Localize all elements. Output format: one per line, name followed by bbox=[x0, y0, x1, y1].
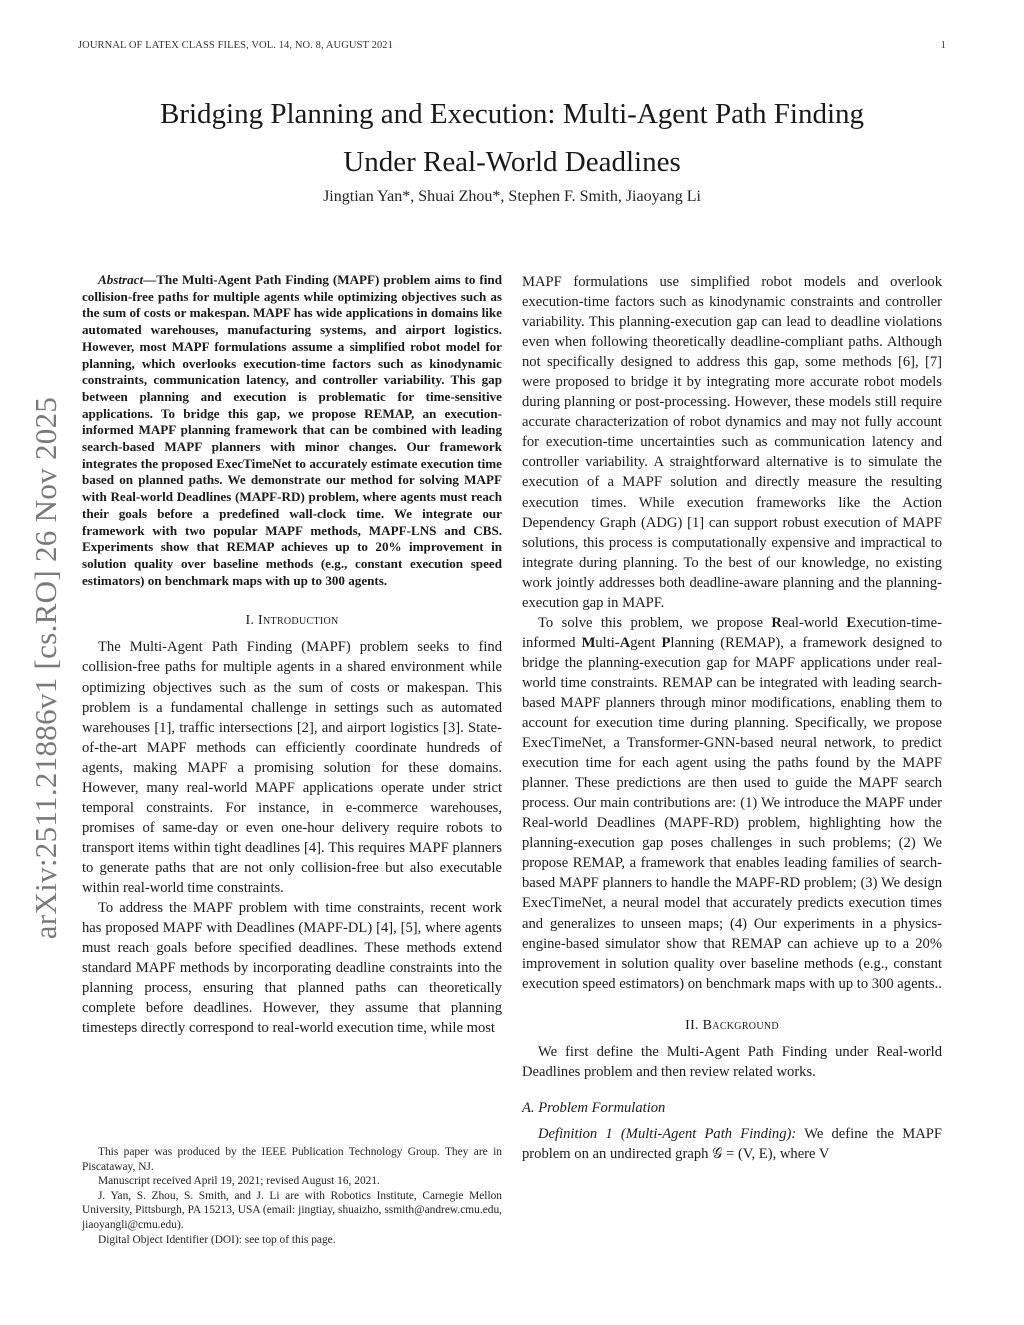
definition-label: Definition 1 (Multi-Agent Path Finding): bbox=[538, 1126, 796, 1142]
text-run: lanning (REMAP), a framework designed to… bbox=[522, 635, 942, 992]
footnotes: This paper was produced by the IEEE Publ… bbox=[82, 1145, 502, 1247]
text-run: To solve this problem, we propose bbox=[538, 615, 771, 631]
arxiv-stamp: arXiv:2511.21886v1 [cs.RO] 26 Nov 2025 bbox=[28, 397, 64, 939]
acronym-letter: M bbox=[582, 635, 596, 651]
running-header: JOURNAL OF LATEX CLASS FILES, VOL. 14, N… bbox=[78, 40, 946, 56]
intro-paragraph-3: To solve this problem, we propose Real-w… bbox=[522, 613, 942, 994]
abstract-dash: — bbox=[143, 272, 156, 287]
text-run: gent bbox=[630, 635, 661, 651]
section-number: II. bbox=[685, 1018, 699, 1033]
acronym-letter: R bbox=[771, 615, 782, 631]
section-title: Introduction bbox=[258, 613, 338, 628]
left-column: Abstract—The Multi-Agent Path Finding (M… bbox=[82, 272, 502, 1038]
acronym-letter: A bbox=[620, 635, 631, 651]
section-number: I. bbox=[245, 613, 254, 628]
section-title: Background bbox=[703, 1018, 779, 1033]
intro-paragraph-1: The Multi-Agent Path Finding (MAPF) prob… bbox=[82, 637, 502, 898]
title-line-1: Bridging Planning and Execution: Multi-A… bbox=[100, 90, 924, 138]
abstract-text: The Multi-Agent Path Finding (MAPF) prob… bbox=[82, 272, 502, 588]
author-list: Jingtian Yan*, Shuai Zhou*, Stephen F. S… bbox=[100, 188, 924, 206]
intro-paragraph-2: To address the MAPF problem with time co… bbox=[82, 898, 502, 1038]
title-line-2: Under Real-World Deadlines bbox=[100, 138, 924, 186]
running-head-text: JOURNAL OF LATEX CLASS FILES, VOL. 14, N… bbox=[78, 40, 393, 51]
acronym-letter: E bbox=[846, 615, 856, 631]
footnote-doi: Digital Object Identifier (DOI): see top… bbox=[82, 1233, 502, 1248]
section-heading-introduction: I. Introduction bbox=[82, 611, 502, 631]
abstract: Abstract—The Multi-Agent Path Finding (M… bbox=[82, 272, 502, 589]
footnote-ieee: This paper was produced by the IEEE Publ… bbox=[82, 1145, 502, 1174]
abstract-label: Abstract bbox=[98, 272, 143, 287]
subsection-heading-problem-formulation: A. Problem Formulation bbox=[522, 1098, 942, 1118]
right-column: MAPF formulations use simplified robot m… bbox=[522, 272, 942, 1164]
paper-title: Bridging Planning and Execution: Multi-A… bbox=[100, 90, 924, 186]
text-run: ulti- bbox=[595, 635, 619, 651]
section-heading-background: II. Background bbox=[522, 1016, 942, 1036]
footnote-manuscript: Manuscript received April 19, 2021; revi… bbox=[82, 1174, 502, 1189]
definition-1: Definition 1 (Multi-Agent Path Finding):… bbox=[522, 1124, 942, 1164]
background-paragraph-1: We first define the Multi-Agent Path Fin… bbox=[522, 1042, 942, 1082]
intro-paragraph-2-continued: MAPF formulations use simplified robot m… bbox=[522, 272, 942, 613]
text-run: eal-world bbox=[782, 615, 846, 631]
page-number: 1 bbox=[941, 40, 946, 51]
footnote-affiliation: J. Yan, S. Zhou, S. Smith, and J. Li are… bbox=[82, 1189, 502, 1233]
